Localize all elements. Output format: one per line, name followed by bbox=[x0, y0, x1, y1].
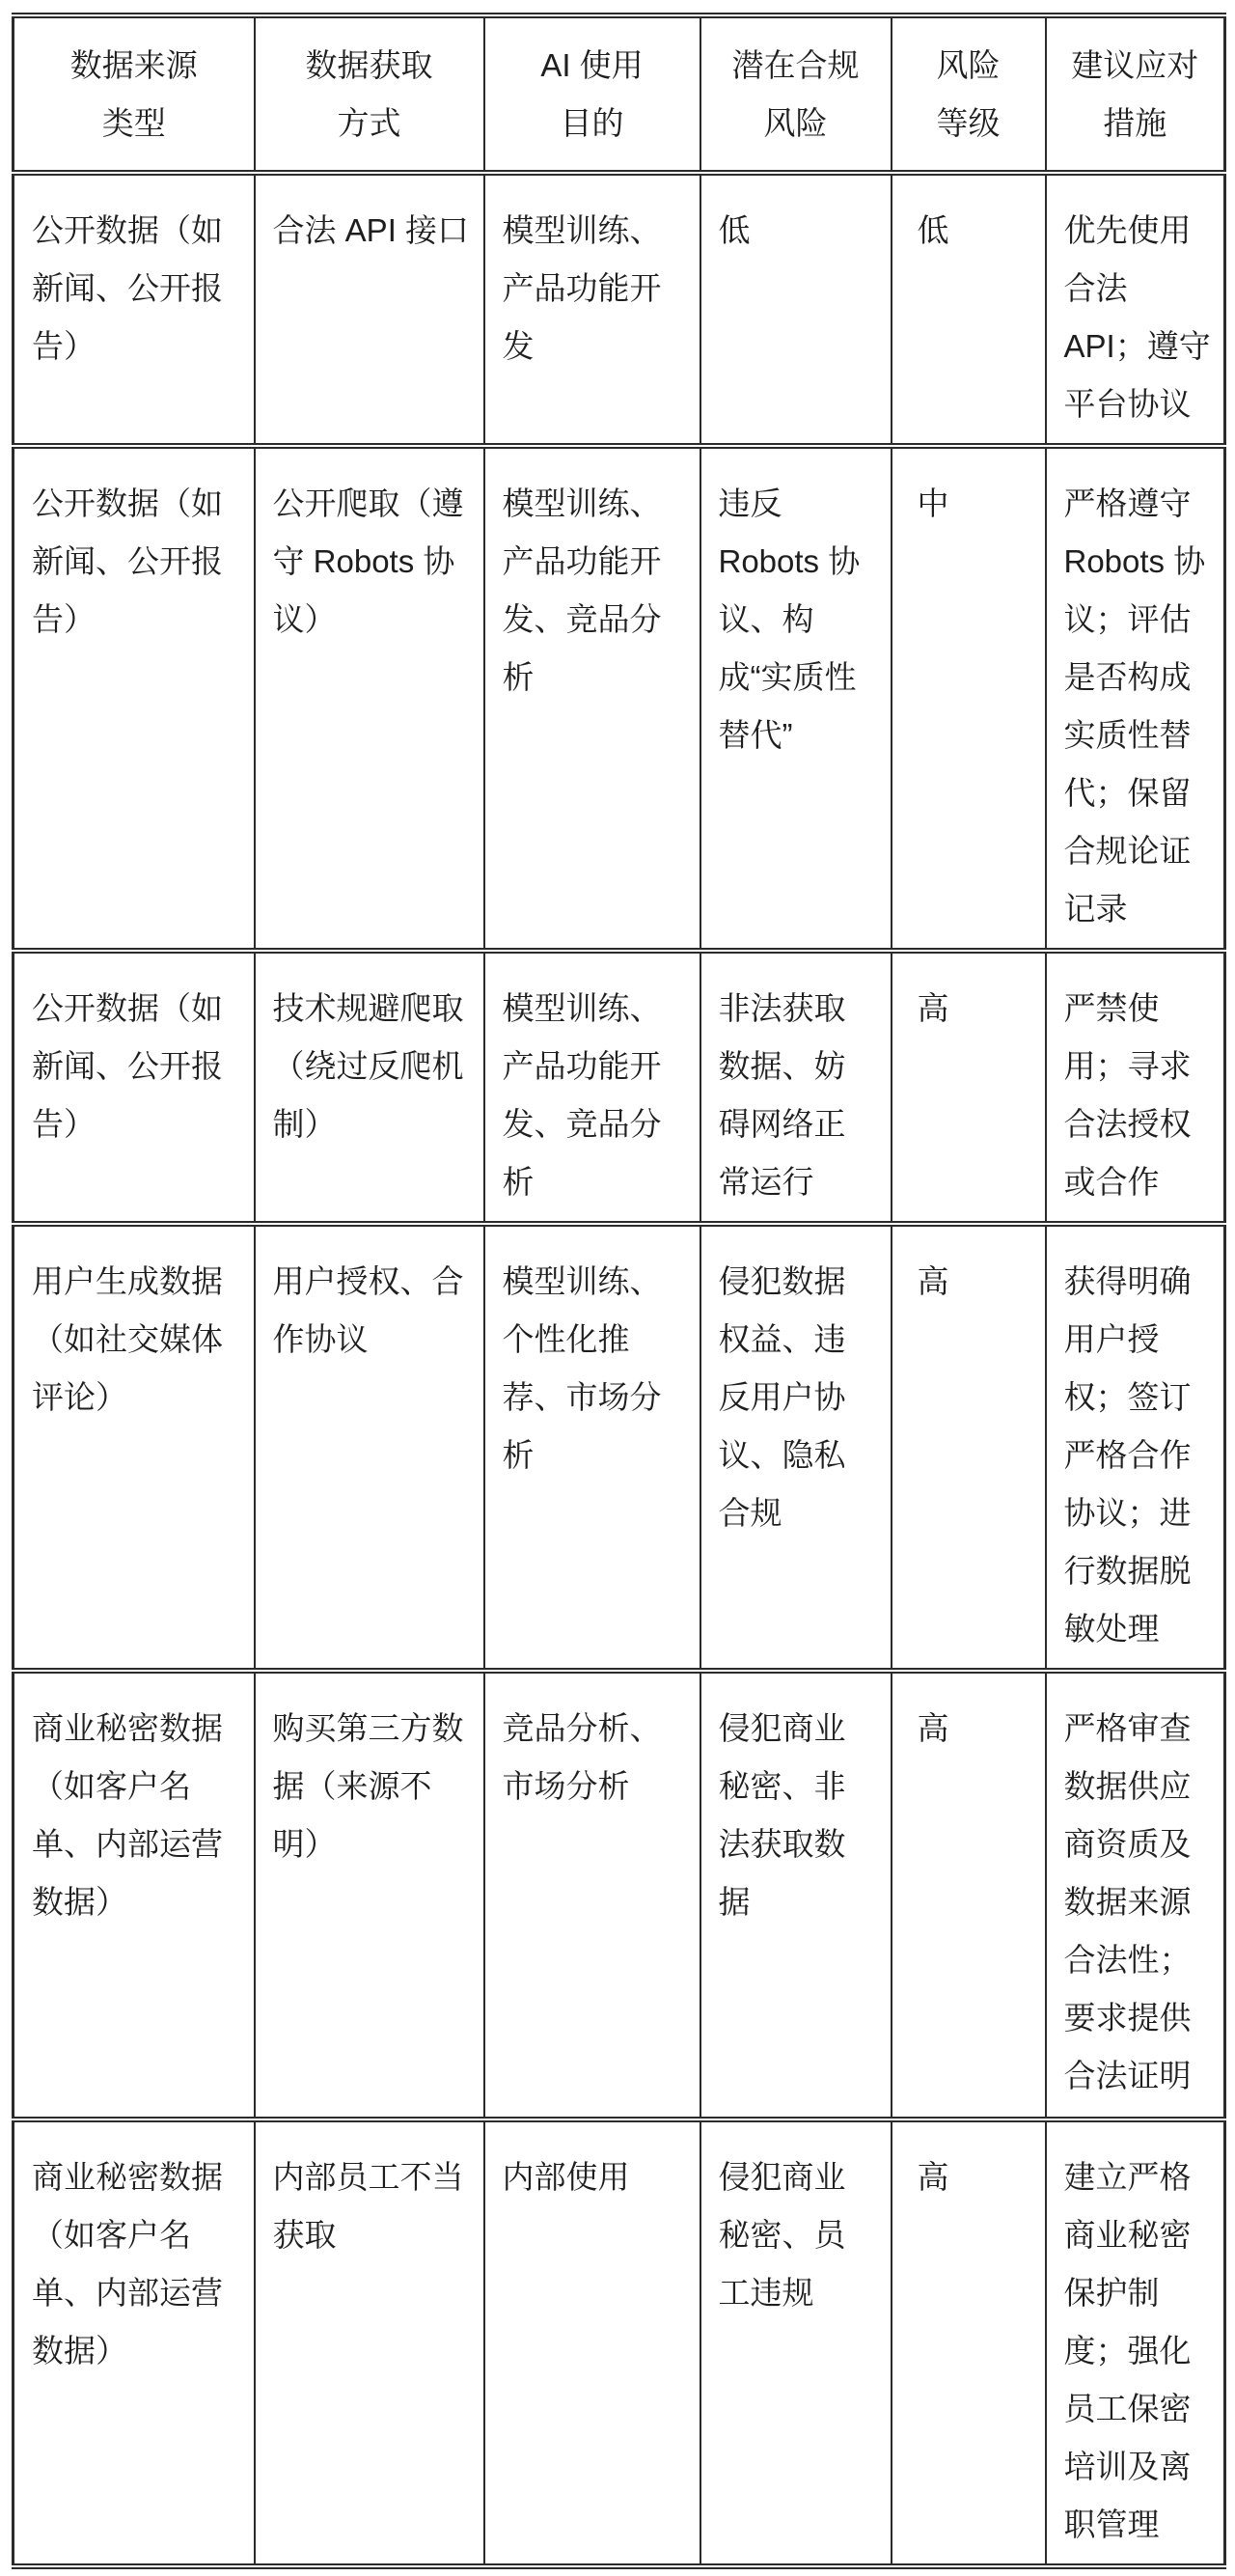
cell-ai-purpose: 内部使用 bbox=[484, 2119, 700, 2566]
compliance-risk-table: 数据来源 类型 数据获取 方式 AI 使用 目的 潜在合规 风险 风险 等级 bbox=[12, 13, 1226, 2569]
cell-acquisition-method: 用户授权、合作协议 bbox=[255, 1224, 484, 1671]
header-compliance-risk: 潜在合规 风险 bbox=[700, 15, 892, 173]
cell-compliance-risk: 侵犯商业秘密、员工违规 bbox=[700, 2119, 892, 2566]
cell-compliance-risk: 侵犯商业秘密、非法获取数据 bbox=[700, 1671, 892, 2119]
cell-compliance-risk: 侵犯数据权益、违反用户协议、隐私合规 bbox=[700, 1224, 892, 1671]
header-row: 数据来源 类型 数据获取 方式 AI 使用 目的 潜在合规 风险 风险 等级 bbox=[14, 15, 1225, 173]
cell-risk-level: 高 bbox=[892, 2119, 1046, 2566]
header-line: 风险 bbox=[707, 95, 885, 152]
header-ai-purpose: AI 使用 目的 bbox=[484, 15, 700, 173]
header-countermeasure: 建议应对 措施 bbox=[1046, 15, 1225, 173]
cell-source-type: 用户生成数据（如社交媒体评论） bbox=[14, 1224, 255, 1671]
table-row: 用户生成数据（如社交媒体评论） 用户授权、合作协议 模型训练、个性化推荐、市场分… bbox=[14, 1224, 1225, 1671]
header-line: AI 使用 bbox=[491, 37, 694, 95]
cell-compliance-risk: 非法获取数据、妨碍网络正常运行 bbox=[700, 951, 892, 1224]
table-row: 公开数据（如新闻、公开报告） 技术规避爬取（绕过反爬机制） 模型训练、产品功能开… bbox=[14, 951, 1225, 1224]
table-row: 公开数据（如新闻、公开报告） 公开爬取（遵守 Robots 协议） 模型训练、产… bbox=[14, 446, 1225, 951]
cell-risk-level: 高 bbox=[892, 1224, 1046, 1671]
cell-risk-level: 高 bbox=[892, 1671, 1046, 2119]
cell-ai-purpose: 模型训练、个性化推荐、市场分析 bbox=[484, 1224, 700, 1671]
header-source-type: 数据来源 类型 bbox=[14, 15, 255, 173]
cell-countermeasure: 严禁使用；寻求合法授权或合作 bbox=[1046, 951, 1225, 1224]
header-line: 建议应对 bbox=[1053, 37, 1219, 95]
cell-source-type: 公开数据（如新闻、公开报告） bbox=[14, 446, 255, 951]
cell-source-type: 商业秘密数据（如客户名单、内部运营数据） bbox=[14, 1671, 255, 2119]
header-line: 目的 bbox=[491, 95, 694, 152]
cell-source-type: 公开数据（如新闻、公开报告） bbox=[14, 951, 255, 1224]
header-line: 数据获取 bbox=[261, 37, 478, 95]
cell-risk-level: 低 bbox=[892, 173, 1046, 446]
cell-countermeasure: 建立严格商业秘密保护制度；强化员工保密培训及离职管理 bbox=[1046, 2119, 1225, 2566]
table-row: 商业秘密数据（如客户名单、内部运营数据） 内部员工不当获取 内部使用 侵犯商业秘… bbox=[14, 2119, 1225, 2566]
cell-risk-level: 高 bbox=[892, 951, 1046, 1224]
header-risk-level: 风险 等级 bbox=[892, 15, 1046, 173]
cell-source-type: 公开数据（如新闻、公开报告） bbox=[14, 173, 255, 446]
cell-countermeasure: 严格审查数据供应商资质及数据来源合法性；要求提供合法证明 bbox=[1046, 1671, 1225, 2119]
header-line: 方式 bbox=[261, 95, 478, 152]
cell-compliance-risk: 违反 Robots 协议、构成“实质性替代” bbox=[700, 446, 892, 951]
cell-ai-purpose: 模型训练、产品功能开发、竞品分析 bbox=[484, 951, 700, 1224]
cell-acquisition-method: 公开爬取（遵守 Robots 协议） bbox=[255, 446, 484, 951]
cell-acquisition-method: 内部员工不当获取 bbox=[255, 2119, 484, 2566]
header-acquisition-method: 数据获取 方式 bbox=[255, 15, 484, 173]
cell-ai-purpose: 竞品分析、市场分析 bbox=[484, 1671, 700, 2119]
document-page: 数据来源 类型 数据获取 方式 AI 使用 目的 潜在合规 风险 风险 等级 bbox=[0, 0, 1235, 2576]
cell-countermeasure: 优先使用合法 API；遵守平台协议 bbox=[1046, 173, 1225, 446]
cell-risk-level: 中 bbox=[892, 446, 1046, 951]
cell-compliance-risk: 低 bbox=[700, 173, 892, 446]
cell-countermeasure: 严格遵守 Robots 协议；评估是否构成实质性替代；保留合规论证记录 bbox=[1046, 446, 1225, 951]
cell-acquisition-method: 购买第三方数据（来源不明） bbox=[255, 1671, 484, 2119]
table-row: 公开数据（如新闻、公开报告） 合法 API 接口 模型训练、产品功能开发 低 低… bbox=[14, 173, 1225, 446]
header-line: 类型 bbox=[20, 95, 248, 152]
cell-ai-purpose: 模型训练、产品功能开发 bbox=[484, 173, 700, 446]
header-line: 措施 bbox=[1053, 95, 1219, 152]
cell-source-type: 商业秘密数据（如客户名单、内部运营数据） bbox=[14, 2119, 255, 2566]
table-row: 商业秘密数据（如客户名单、内部运营数据） 购买第三方数据（来源不明） 竞品分析、… bbox=[14, 1671, 1225, 2119]
cell-countermeasure: 获得明确用户授权；签订严格合作协议；进行数据脱敏处理 bbox=[1046, 1224, 1225, 1671]
header-line: 潜在合规 bbox=[707, 37, 885, 95]
header-line: 风险 bbox=[898, 37, 1039, 95]
cell-acquisition-method: 合法 API 接口 bbox=[255, 173, 484, 446]
header-line: 等级 bbox=[898, 95, 1039, 152]
cell-acquisition-method: 技术规避爬取（绕过反爬机制） bbox=[255, 951, 484, 1224]
cell-ai-purpose: 模型训练、产品功能开发、竞品分析 bbox=[484, 446, 700, 951]
header-line: 数据来源 bbox=[20, 37, 248, 95]
